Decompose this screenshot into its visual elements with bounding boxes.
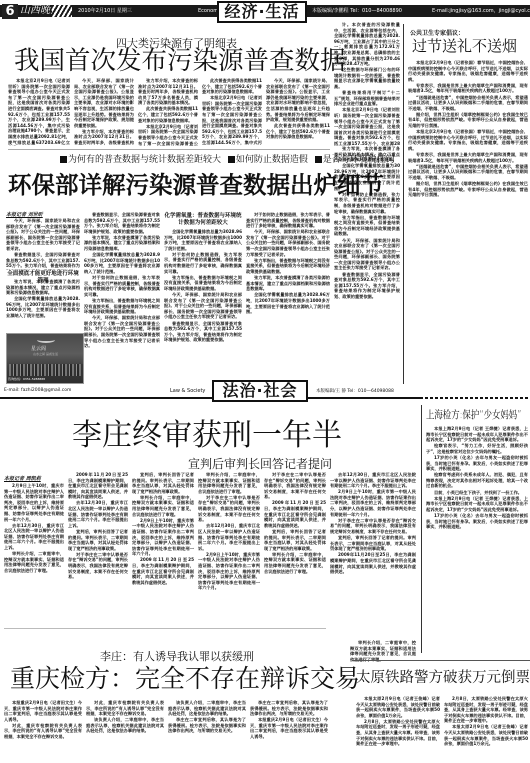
story3-headline: 李庄终审获刑一年半 — [72, 419, 342, 453]
story3-byline: 本报记者 周凯莉 — [4, 475, 41, 482]
paragraph: 本报重庆2月9日电（记者田文生）今天，重庆市第一中级人民法院对李庄案作出二审宣判… — [4, 700, 82, 722]
story4-column-3: 该负责人介绍，二审庭审中，李庄当庭表示认罪，检察机关据此建议法院对其从轻处罚，这… — [168, 700, 246, 763]
paragraph: 宣判后，审判长回答了记者的提问。审判长表示，二审期间李庄当庭认罪，对其从轻处罚体… — [68, 529, 128, 551]
bullet-square-icon — [315, 156, 322, 163]
story1-side-column: 计。本次普查的污染源数量中，生活源、农业源等包括在内，全国化学需氧量排放总量为3… — [334, 22, 400, 146]
teaser-1: 为何有的普查数据与统计数据差距较大 — [68, 155, 221, 165]
story1-column-2: 今天，环保部、国家统计局、农业部联合发布了《第一次全国污染源普查公报》。公报显示… — [74, 78, 134, 146]
paragraph: 2月8日，太原铁路公安处民警在太原火车站附近巡查时，发现一男子形迹可疑，经盘查，… — [356, 719, 440, 747]
paragraph: 2月9日上午10时，重庆市第一中级人民法院对李庄辩护人伪造证据、妨害作证案作出二… — [4, 483, 64, 522]
paragraph: 对于李庄在二审中认罪是否存在“辩诉交易”的问题，审判长明确表示，我国法律没有规定… — [198, 495, 260, 523]
date-line: 2010年2月10日 星期三 — [78, 5, 132, 17]
paragraph: 今天，环保部、国家统计局和农业部联合发布了《第一次全国污染源普查公报》。对于公众… — [334, 238, 400, 272]
paragraph: 去年12月30日，重庆市江北区人民法院一审以辩护人伪造证据、妨害作证罪判处李庄有… — [4, 523, 64, 551]
story1-headline: 我国首次发布污染源普查数据 — [14, 48, 346, 74]
story4-column-2: 对此，重庆市检察院有关负责人表示，李庄所说的“有人诱导认罪”完全没有根据，本案完… — [86, 700, 164, 763]
paragraph: 检察官考虑到小英系未成年人、初犯、偶犯，且有悔罪表现，决定对其作出相对不起诉处理… — [426, 472, 528, 489]
story1-column-1: 本报北京2月9日电（记者刘世昕）国务院第一次全国污染源普查领导小组办公室今天正式… — [8, 78, 70, 146]
paragraph: 对于李庄在二审中认罪是否存在“辩诉交易”的问题，审判长明确表示，我国法律没有规定… — [68, 552, 128, 580]
paragraph: 此次普查共获得各类数据11亿个，建立了包括592.6万个普查对象的污染源信息数据… — [266, 123, 330, 140]
paragraph: 这些数据与环保部门公布的环境统计数据有一定的差距，普查数据显示农业源化学需氧量排… — [334, 67, 400, 89]
story-separator — [8, 149, 330, 150]
advertisement-real-estate[interactable]: 星云阁 山水之间 品质生活 咨询热线：0351-5288888 — [6, 333, 84, 384]
paragraph: 全国化学需氧量排放总量为3028.96万吨，比2007年环境统计数据多出1000… — [6, 296, 80, 318]
sidebar-mid-headline: 上海检方:保护“少女妈妈” — [426, 408, 522, 422]
story3-column-2: 2009年11月20日至25日，李庄为龚刚模案辩护期间，在重庆市江北区看守所会见… — [68, 472, 128, 624]
story2-column-2: 普查数据显示，全国污染源普查对象总数为592.6万个，其中工业源157.55万个… — [84, 212, 160, 384]
paragraph: 对此，重庆市检察院有关负责人表示，李庄所说的“有人诱导认罪”完全没有根据，本案完… — [4, 723, 82, 740]
page-number: 6 — [2, 4, 18, 19]
paragraph: 普查结果将用于制订“十二五”规划，环保部将根据普查结果对排污企业进行重点监管。 — [334, 90, 400, 107]
story2-headline: 环保部详解污染源普查数据出炉细节 — [8, 170, 384, 200]
story3-column-6-tail: 审判长介绍，二审庭审中，控辩双方就本案事实、证据和适用法律等问题充分发表了意见，… — [350, 640, 416, 670]
paragraph: 本报北京2月9日电（记者刘世昕）国务院第一次全国污染源普查领导小组办公室今天正式… — [202, 95, 262, 146]
story4-kicker: 李庄：有人诱导我认罪以获缓刑 — [100, 648, 254, 664]
paragraph: 2月8日，太原铁路公安处民警在太原火车站附近巡查时，发现一男子形迹可疑，经盘查，… — [444, 696, 528, 724]
teaser-2: 如何防止数据造假 — [236, 155, 308, 165]
ad-logo-icon — [37, 337, 55, 343]
paragraph: 该负责人介绍，二审庭审中，李庄当庭表示认罪，检察机关据此建议法院对其从轻处罚，这… — [168, 700, 246, 717]
paragraph: 2009年11月20日至25日，李庄为龚刚模案辩护期间，在重庆市江北区看守所会见… — [264, 500, 326, 528]
ad-hotline: 咨询热线：0351-5288888 — [8, 377, 45, 381]
story5-headline: 太原铁路警方破获万元倒票案 — [356, 668, 530, 688]
paragraph: 去年12月30日，重庆市江北区人民法院一审以辩护人伪造证据、妨害作证罪判处李庄有… — [330, 472, 416, 489]
section-title-economy: 经济·生活 — [217, 1, 307, 23]
paragraph: 审判长介绍，二审庭审中，控辩双方就本案事实、证据和适用法律等问题充分发表了意见，… — [4, 551, 64, 573]
story3-column-3: 宣判后，审判长回答了记者的提问。审判长表示，二审期间李庄当庭认罪，对其从轻处罚体… — [132, 472, 194, 624]
paragraph: 今天，环保部、国家统计局和农业部联合发布了《第一次全国污染源普查公报》。对于公众… — [6, 218, 80, 252]
paragraph: 对于如何防止数据造假，张力军表示，普查实行严格的质量控制，各级普查机构对数据进行… — [246, 212, 330, 229]
paragraph: 全国化学需氧量排放总量为3028.96万吨，比2007年环境统计数据多出1000… — [84, 252, 160, 274]
paragraph: 审判长介绍，二审庭审中，控辩双方就本案事实、证据和适用法律等问题充分发表了意见，… — [264, 552, 326, 574]
paragraph: 去年12月30日，重庆市江北区人民法院一审以辩护人伪造证据、妨害作证罪判处李庄有… — [68, 500, 128, 528]
column-divider — [421, 405, 422, 653]
sidebar-top-body: 本报北京2月9日电（记者张国）春节临近，中国控烟协会、中国疾病预防控制中心今天联… — [408, 60, 528, 384]
story4-headline: 重庆检方：完全不存在辩诉交易 — [10, 663, 360, 695]
paragraph: 检察官表示，“努力工作，好好生活，照顾好孩子”，这是检察官对这位少女妈妈的嘱托。 — [426, 443, 528, 454]
paragraph: 李庄在二审宣判后称，其认罪是为了获得缓刑。检方表示，法院是依据事实和法律作出判决… — [168, 717, 246, 734]
paragraph: 2009年11月20日至25日，李庄为龚刚模案辩护期间，在重庆市江北区看守所会见… — [132, 557, 194, 585]
section2-editor-contact: 本版编辑/王 静 Tel：010—64098088 — [316, 388, 394, 394]
paragraph: 计。本次普查的污染源数量中，生活源、农业源等包括在内，全国化学需氧量排放总量为3… — [334, 22, 400, 67]
story-separator — [352, 660, 530, 661]
paragraph: 目前，小英已经生下孩子，并找到了一份工作。 — [426, 490, 528, 496]
section2-english-label: Law & Society — [170, 388, 205, 394]
paragraph: “送烟就是送危害”，中国控烟协会相关负责人表示，希望通过倡议活动，让更多人认识到… — [408, 164, 528, 181]
paragraph: 17岁的小英（化名）去年与男友一起盗窃时被抓获，当时她已怀有身孕。案发后，小英如… — [426, 513, 528, 530]
paragraph: 今天，环保部、国家统计局和农业部联合发布了《第一次全国污染源普查公报》。对于公众… — [246, 229, 330, 257]
paragraph: 本报太原2月9日电（记者王俊峰）记者今天从太原铁路公安处获悉，该处民警日前破获一… — [444, 724, 528, 746]
paragraph: 本报上海2月9日电（记者 王烨捷）记者获悉，上海市长宁区检察院日前对一起未成年人… — [426, 496, 528, 513]
story3-column-1: 2月9日上午10时，重庆市第一中级人民法院对李庄辩护人伪造证据、妨害作证案作出二… — [4, 483, 64, 623]
paragraph: 普查数据显示，全国污染源普查对象总数为592.6万个，其中工业源157.55万个… — [6, 252, 80, 270]
paragraph: 2009年11月20日至25日，李庄为龚刚模案辩护期间，在重庆市江北区看守所会见… — [330, 552, 416, 574]
paragraph: 2月9日上午10时，重庆市第一中级人民法院对李庄辩护人伪造证据、妨害作证案作出二… — [132, 518, 194, 557]
story3-column-4: 审判长介绍，二审庭审中，控辩双方就本案事实、证据和适用法律等问题充分发表了意见，… — [198, 472, 260, 624]
paragraph: 2月9日上午10时，重庆市第一中级人民法院对李庄辩护人伪造证据、妨害作证案作出二… — [330, 489, 416, 517]
story2-subhead-2: 化学需氧量：普查数据与环境统计数据为何差距较大 — [164, 213, 242, 227]
story-separator — [4, 628, 326, 629]
paragraph: 审判长介绍，二审庭审中，控辩双方就本案事实、证据和适用法律等问题充分发表了意见，… — [198, 472, 260, 494]
paragraph: 本报北京2月9日电（记者刘世昕）国务院第一次全国污染源普查领导小组办公室今天正式… — [334, 107, 400, 146]
paragraph: 今天，环保部、国家统计局、农业部联合发布了《第一次全国污染源普查公报》。公报显示… — [74, 78, 134, 128]
paragraph: 宣判后，审判长回答了记者的提问。审判长表示，二审期间李庄当庭认罪，对其从轻处罚体… — [132, 472, 194, 494]
story2-column-3: 全国化学需氧量排放总量为3028.96万吨，比2007年环境统计数据多出1000… — [164, 229, 242, 384]
paragraph: 专家表示，我国是世界上最大的烟草生产国和消费国，现有吸烟者3.5亿，每年死于吸烟… — [408, 83, 528, 94]
paragraph: 对于李庄在二审中认罪是否存在“辩诉交易”的问题，审判长明确表示，我国法律没有规定… — [330, 518, 416, 535]
paragraph: 宣判后，审判长回答了记者的提问。审判长表示，二审期间李庄当庭认罪，对其从轻处罚体… — [330, 535, 416, 552]
sidebar-top-kicker: 公共卫生专家倡议： — [410, 28, 464, 37]
story3-column-5: 对于李庄在二审中认罪是否存在“辩诉交易”的问题，审判长明确表示，我国法律没有规定… — [264, 472, 326, 624]
paragraph: 普查数据显示，全国污染源普查对象总数为592.6万个，其中工业源157.55万个… — [84, 212, 160, 234]
paragraph: 审判长介绍，二审庭审中，控辩双方就本案事实、证据和适用法律等问题充分发表了意见，… — [132, 495, 194, 517]
paragraph: 据介绍，世界卫生组织《烟草控制框架公约》在我国生效已有4年，但控烟形势依然严峻。… — [408, 181, 528, 198]
column-divider — [403, 24, 404, 384]
story3-subheadline: 宣判后审判长回答记者提问 — [188, 455, 332, 472]
paragraph: 张力军说，本次普查摸清了各类污染源的基本情况，建立了重点污染源档案和污染源信息数… — [84, 235, 160, 252]
section-rule — [0, 397, 420, 399]
ad-name: 星云阁 — [31, 345, 46, 352]
paragraph: 此次普查共获得各类数据11亿个，建立了包括592.6万个普查对象的污染源信息数据… — [202, 78, 262, 95]
paragraph: 对于如何防止数据造假，张力军表示，普查实行严格的质量控制，各级普查机构对数据进行… — [164, 252, 242, 274]
paragraph: 李庄在二审宣判后称，其认罪是为了获得缓刑。检方表示，法院是依据事实和法律作出判决… — [250, 700, 328, 717]
decorative-hatch — [52, 5, 72, 17]
story1-column-4: 此次普查共获得各类数据11亿个，建立了包括592.6万个普查对象的污染源信息数据… — [202, 78, 262, 146]
paragraph: 17岁的小英（化名）去年与男友一起盗窃时被抓获，当时她已怀有身孕。案发后，小英如… — [426, 455, 528, 472]
paragraph: 2009年11月20日至25日，李庄为龚刚模案辩护期间，在重庆市江北区看守所会见… — [68, 472, 128, 500]
paragraph: 本报北京2月9日电（记者张国）春节临近，中国控烟协会、中国疾病预防控制中心今天联… — [408, 60, 528, 82]
paragraph: “送烟就是送危害”，中国控烟协会相关负责人表示，希望通过倡议活动，让更多人认识到… — [408, 95, 528, 112]
paragraph: 本报太原2月9日电（记者王俊峰）记者今天从太原铁路公安处获悉，该处民警日前破获一… — [356, 696, 440, 718]
paragraph: 张力军指出，普查数据与环境税之间没有直接关系，但普查结果将为今后制定环境经济政策… — [164, 275, 242, 292]
paragraph: 本报北京2月9日电（记者张国）春节临近，中国控烟协会、中国疾病预防控制中心今天联… — [408, 129, 528, 151]
story2-byline: 本报记者 刘世昕 — [6, 211, 43, 218]
ad-cityscape-image — [9, 364, 83, 376]
story2-column-1b: 张力军说，本次普查摸清了各类污染源的基本情况，建立了重点污染源档案和污染源信息数… — [6, 279, 80, 329]
paragraph: 张力军指出，普查数据与环境税之间没有直接关系，但普查结果将为今后制定环境经济政策… — [334, 215, 400, 237]
story2-column-4: 对于如何防止数据造假，张力军表示，普查实行严格的质量控制，各级普查机构对数据进行… — [246, 212, 330, 384]
email-contact: E-mail:jingjisy@163.com，jingji@cyol.com.… — [432, 5, 530, 17]
story4-column-4: 李庄在二审宣判后称，其认罪是为了获得缓刑。检方表示，法院是依据事实和法律作出判决… — [250, 700, 328, 763]
paragraph: 对于如何防止数据造假，张力军表示，普查实行严格的质量控制，各级普查机构对数据进行… — [84, 275, 160, 297]
paragraph: 张力军介绍，本次普查的标准时点为2007年12月31日。普查历时两年多，各级普查… — [74, 129, 134, 146]
paragraph: 此次普查共获得各类数据11亿个，建立了包括592.6万个普查对象的污染源信息数据… — [138, 106, 198, 123]
paragraph: 本报北京2月9日电（记者刘世昕）国务院第一次全国污染源普查领导小组办公室今天正式… — [138, 124, 198, 146]
paragraph: 普查数据显示，全国污染源普查对象总数为592.6万个，其中工业源157.55万个… — [164, 321, 242, 343]
story1-column-3: 张力军介绍，本次普查的标准时点为2007年12月31日。普查历时两年多，各级普查… — [138, 78, 198, 146]
story3-column-6: 去年12月30日，重庆市江北区人民法院一审以辩护人伪造证据、妨害作证罪判处李庄有… — [330, 472, 416, 640]
story5-column-2: 2月8日，太原铁路公安处民警在太原火车站附近巡查时，发现一男子形迹可疑，经盘查，… — [444, 696, 528, 763]
story4-column-1: 本报重庆2月9日电（记者田文生）今天，重庆市第一中级人民法院对李庄案作出二审宣判… — [4, 700, 82, 763]
teaser-3: 是否与环境税挂钩 — [323, 155, 395, 165]
story2-column-1a: 今天，环保部、国家统计局和农业部联合发布了《第一次全国污染源普查公报》。对于公众… — [6, 218, 80, 270]
editor-contact: 本版编辑/李鹏程 Tel：010—84008890 — [312, 5, 402, 17]
sidebar-top-headline: 过节送礼不送烟 — [412, 37, 517, 55]
section-rule-dashed — [420, 397, 530, 399]
bullet-square-icon — [60, 156, 67, 163]
paragraph: 全国化学需氧量排放总量为3028.96万吨，比2007年环境统计数据多出1000… — [164, 229, 242, 251]
paragraph: 今天，环保部、国家统计局和农业部联合发布了《第一次全国污染源普查公报》。对于公众… — [164, 292, 242, 320]
section2-email: E-mail: fazhi2008@gmail.com — [4, 388, 71, 393]
paragraph: 2月9日上午10时，重庆市第一中级人民法院对李庄辩护人伪造证据、妨害作证案作出二… — [198, 552, 260, 591]
ad-subtitle: 山水之间 品质生活 — [33, 352, 58, 356]
paragraph: 今天，环保部、国家统计局、农业部联合发布了《第一次全国污染源普查公报》。公报显示… — [266, 78, 330, 123]
paragraph: 普查数据显示，全国污染源普查对象总数为592.6万个，其中工业源157.55万个… — [334, 272, 400, 300]
story5-column-1: 本报太原2月9日电（记者王俊峰）记者今天从太原铁路公安处获悉，该处民警日前破获一… — [356, 696, 440, 763]
paragraph: 张力军说，本次普查摸清了各类污染源的基本情况，建立了重点污染源档案和污染源信息数… — [246, 275, 330, 292]
paragraph: 对于李庄在二审中认罪是否存在“辩诉交易”的问题，审判长明确表示，我国法律没有规定… — [264, 472, 326, 500]
section-title-law-society: 法治·社会 — [212, 380, 308, 402]
paragraph: 全国化学需氧量排放总量为3028.96万吨，比2007年环境统计数据多出1000… — [246, 292, 330, 314]
story1-column-5: 今天，环保部、国家统计局、农业部联合发布了《第一次全国污染源普查公报》。公报显示… — [266, 78, 330, 146]
paragraph: 本报上海2月9日电（记者 王烨捷）记者获悉，上海市长宁区检察院日前对一起未成年人… — [426, 426, 528, 443]
paragraph: 专家表示，我国是世界上最大的烟草生产国和消费国，现有吸烟者3.5亿，每年死于吸烟… — [408, 152, 528, 163]
paragraph: 据介绍，世界卫生组织《烟草控制框架公约》在我国生效已有4年，但控烟形势依然严峻。… — [408, 112, 528, 129]
paragraph: 本报重庆2月9日电（记者田文生）今天，重庆市第一中级人民法院对李庄案作出二审宣判… — [250, 717, 328, 739]
paragraph: 本报北京2月9日电（记者刘世昕）国务院第一次全国污染源普查领导小组办公室今天正式… — [8, 78, 70, 146]
paragraph: 张力军指出，普查数据与环境税之间没有直接关系，但普查结果将为今后制定环境经济政策… — [84, 298, 160, 315]
paragraph: 今天，环保部、国家统计局和农业部联合发布了《第一次全国污染源普查公报》。对于公众… — [84, 315, 160, 349]
paragraph: 张力军指出，普查数据与环境税之间没有直接关系，但普查结果将为今后制定环境经济政策… — [246, 258, 330, 275]
paragraph: 对此，重庆市检察院有关负责人表示，李庄所说的“有人诱导认罪”完全没有根据，本案完… — [86, 700, 164, 717]
paragraph: 去年12月30日，重庆市江北区人民法院一审以辩护人伪造证据、妨害作证罪判处李庄有… — [198, 523, 260, 551]
paragraph: 张力军介绍，本次普查的标准时点为2007年12月31日。普查历时两年多，各级普查… — [138, 78, 198, 106]
paragraph: 该负责人介绍，二审庭审中，李庄当庭表示认罪，检察机关据此建议法院对其从轻处罚，这… — [86, 717, 164, 734]
sidebar-mid-body: 本报上海2月9日电（记者 王烨捷）记者获悉，上海市长宁区检察院日前对一起未成年人… — [426, 426, 528, 652]
paragraph: 宣判后，审判长回答了记者的提问。审判长表示，二审期间李庄当庭认罪，对其从轻处罚体… — [264, 529, 326, 551]
bullet-square-icon — [228, 156, 235, 163]
story2-teasers: 为何有的普查数据与统计数据差距较大 如何防止数据造假 是否与环境税挂钩 — [60, 152, 395, 165]
paragraph: 张力军说，本次普查摸清了各类污染源的基本情况，建立了重点污染源档案和污染源信息数… — [6, 279, 80, 296]
